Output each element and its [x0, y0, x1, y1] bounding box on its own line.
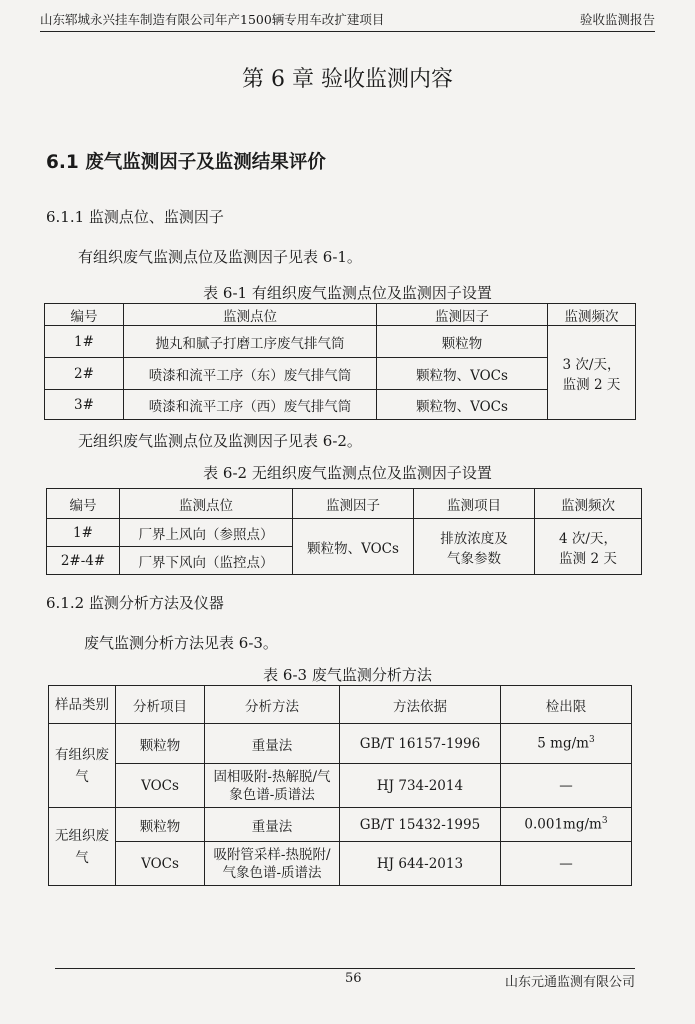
table-header-row: 编号 监测点位 监测因子 监测项目 监测频次: [47, 489, 642, 519]
cell-id: 1#: [45, 326, 124, 358]
item-line1: 排放浓度及: [418, 527, 530, 547]
table-row: 3# 喷漆和流平工序（西）废气排气筒 颗粒物、VOCs: [45, 390, 636, 420]
th-limit: 检出限: [501, 686, 632, 724]
section-heading-6-1-1: 6.1.1 监测点位、监测因子: [46, 206, 224, 227]
footer-company: 山东元通监测有限公司: [505, 971, 635, 990]
cell-id: 2#-4#: [47, 547, 120, 575]
cell-limit: —: [501, 764, 632, 808]
th-location: 监测点位: [124, 304, 377, 326]
cell-id: 1#: [47, 519, 120, 547]
section-heading-6-1-2: 6.1.2 监测分析方法及仪器: [46, 592, 224, 613]
th-frequency: 监测频次: [535, 489, 642, 519]
cell-item: VOCs: [116, 764, 205, 808]
th-item: 监测项目: [414, 489, 535, 519]
table-row: 有组织废气 颗粒物 重量法 GB/T 16157-1996 5 mg/m3: [49, 724, 632, 764]
th-item: 分析项目: [116, 686, 205, 724]
cell-location: 厂界上风向（参照点）: [120, 519, 293, 547]
cell-frequency: 4 次/天， 监测 2 天: [535, 519, 642, 575]
th-factor: 监测因子: [293, 489, 414, 519]
frequency-line1: 3 次/天，: [552, 353, 631, 373]
cell-frequency: 3 次/天， 监测 2 天: [548, 326, 636, 420]
page-footer: 56 山东元通监测有限公司: [55, 968, 635, 993]
limit-value: 0.001mg/m: [524, 817, 601, 833]
cell-method: 吸附管采样-热脱附/气象色谱-质谱法: [205, 842, 340, 886]
section-heading-6-1: 6.1 废气监测因子及监测结果评价: [46, 148, 326, 174]
table-analysis-methods: 样品类别 分析项目 分析方法 方法依据 检出限 有组织废气 颗粒物 重量法 GB…: [48, 685, 632, 886]
cell-limit: 0.001mg/m3: [501, 808, 632, 842]
table-row: 1# 抛丸和腻子打磨工序废气排气筒 颗粒物 3 次/天， 监测 2 天: [45, 326, 636, 358]
cell-category: 有组织废气: [49, 724, 116, 808]
frequency-line2: 监测 2 天: [552, 373, 631, 393]
frequency-line2: 监测 2 天: [539, 547, 637, 567]
cell-factor: 颗粒物、VOCs: [293, 519, 414, 575]
cell-factor: 颗粒物、VOCs: [377, 358, 548, 390]
th-location: 监测点位: [120, 489, 293, 519]
cell-method: 重量法: [205, 724, 340, 764]
table-row: 1# 厂界上风向（参照点） 颗粒物、VOCs 排放浓度及 气象参数 4 次/天，…: [47, 519, 642, 547]
cell-item: 颗粒物: [116, 724, 205, 764]
paragraph-table1-ref: 有组织废气监测点位及监测因子见表 6-1。: [78, 246, 362, 267]
table-header-row: 样品类别 分析项目 分析方法 方法依据 检出限: [49, 686, 632, 724]
header-project-title: 山东郓城永兴挂车制造有限公司年产1500辆专用车改扩建项目: [40, 10, 384, 28]
cell-location: 喷漆和流平工序（东）废气排气筒: [124, 358, 377, 390]
limit-exponent: 3: [602, 816, 608, 826]
table-organized-exhaust: 编号 监测点位 监测因子 监测频次 1# 抛丸和腻子打磨工序废气排气筒 颗粒物 …: [44, 303, 636, 420]
cell-limit: —: [501, 842, 632, 886]
cell-location: 厂界下风向（监控点）: [120, 547, 293, 575]
th-category: 样品类别: [49, 686, 116, 724]
header-report-type: 验收监测报告: [580, 10, 655, 28]
item-line2: 气象参数: [418, 547, 530, 567]
th-id: 编号: [45, 304, 124, 326]
page-number: 56: [345, 971, 362, 986]
cell-basis: HJ 734-2014: [340, 764, 501, 808]
cell-category: 无组织废气: [49, 808, 116, 886]
chapter-title: 第 6 章 验收监测内容: [0, 62, 695, 93]
cell-item: VOCs: [116, 842, 205, 886]
th-method: 分析方法: [205, 686, 340, 724]
limit-value: 5 mg/m: [537, 736, 589, 752]
cell-location: 喷漆和流平工序（西）废气排气筒: [124, 390, 377, 420]
page-header: 山东郓城永兴挂车制造有限公司年产1500辆专用车改扩建项目 验收监测报告: [40, 6, 655, 32]
cell-basis: GB/T 15432-1995: [340, 808, 501, 842]
cell-limit: 5 mg/m3: [501, 724, 632, 764]
table1-caption: 表 6-1 有组织废气监测点位及监测因子设置: [0, 282, 695, 303]
table-row: 2# 喷漆和流平工序（东）废气排气筒 颗粒物、VOCs: [45, 358, 636, 390]
cell-location: 抛丸和腻子打磨工序废气排气筒: [124, 326, 377, 358]
cell-method: 固相吸附-热解脱/气象色谱-质谱法: [205, 764, 340, 808]
limit-exponent: 3: [589, 735, 595, 745]
frequency-line1: 4 次/天，: [539, 527, 637, 547]
cell-id: 3#: [45, 390, 124, 420]
th-frequency: 监测频次: [548, 304, 636, 326]
th-factor: 监测因子: [377, 304, 548, 326]
th-basis: 方法依据: [340, 686, 501, 724]
table2-caption: 表 6-2 无组织废气监测点位及监测因子设置: [0, 462, 695, 483]
cell-basis: GB/T 16157-1996: [340, 724, 501, 764]
table-row: 无组织废气 颗粒物 重量法 GB/T 15432-1995 0.001mg/m3: [49, 808, 632, 842]
cell-factor: 颗粒物、VOCs: [377, 390, 548, 420]
th-id: 编号: [47, 489, 120, 519]
cell-id: 2#: [45, 358, 124, 390]
table3-caption: 表 6-3 废气监测分析方法: [0, 664, 695, 685]
cell-item: 排放浓度及 气象参数: [414, 519, 535, 575]
table-row: VOCs 固相吸附-热解脱/气象色谱-质谱法 HJ 734-2014 —: [49, 764, 632, 808]
cell-item: 颗粒物: [116, 808, 205, 842]
table-unorganized-exhaust: 编号 监测点位 监测因子 监测项目 监测频次 1# 厂界上风向（参照点） 颗粒物…: [46, 488, 642, 575]
table-header-row: 编号 监测点位 监测因子 监测频次: [45, 304, 636, 326]
cell-method: 重量法: [205, 808, 340, 842]
table-row: VOCs 吸附管采样-热脱附/气象色谱-质谱法 HJ 644-2013 —: [49, 842, 632, 886]
paragraph-table3-ref: 废气监测分析方法见表 6-3。: [84, 632, 278, 653]
cell-basis: HJ 644-2013: [340, 842, 501, 886]
cell-factor: 颗粒物: [377, 326, 548, 358]
paragraph-table2-ref: 无组织废气监测点位及监测因子见表 6-2。: [78, 430, 362, 451]
